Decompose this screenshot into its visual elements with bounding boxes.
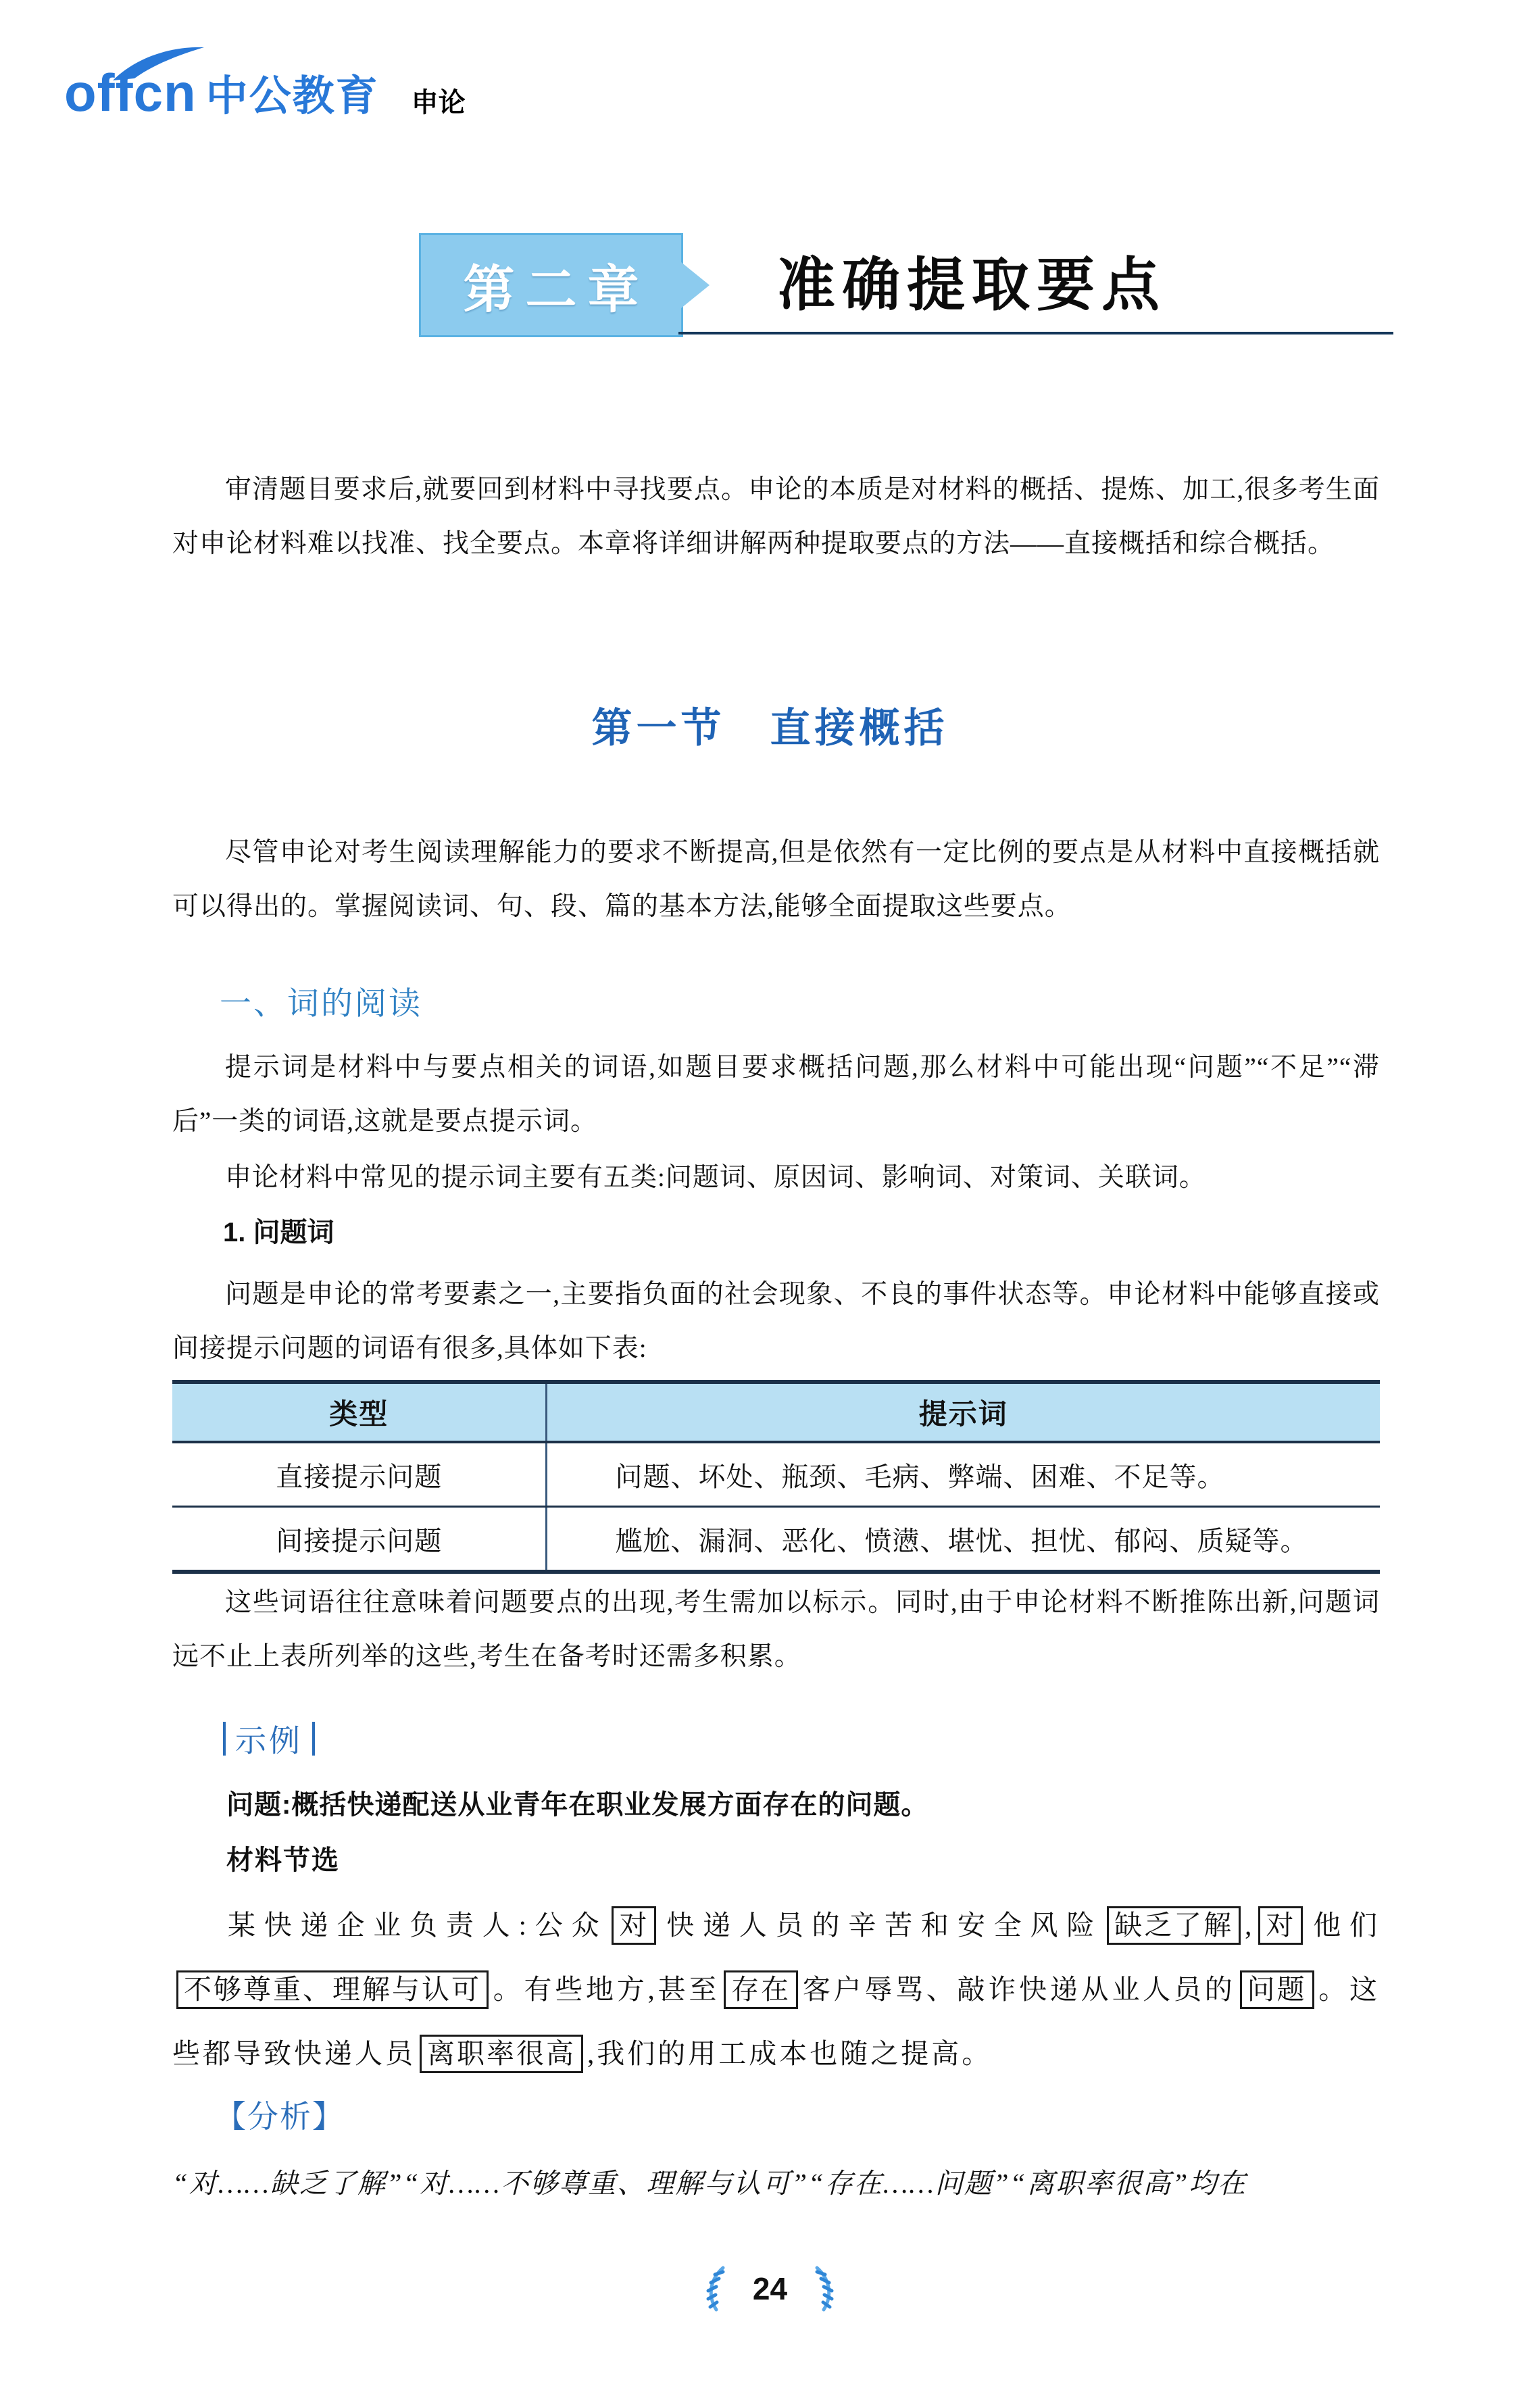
section-lead-paragraph: 尽管申论对考生阅读理解能力的要求不断提高,但是依然有一定比例的要点是从材料中直接… <box>172 826 1380 934</box>
example-label: 示例 <box>223 1716 315 1761</box>
table-row-direct: 直接提示问题 问题、坏处、瓶颈、毛病、弊端、困难、不足等。 <box>172 1442 1380 1507</box>
table-header-hints: 提示词 <box>547 1382 1380 1442</box>
analysis-paragraph: “对……缺乏了解”“对……不够尊重、理解与认可”“存在……问题”“离职率很高”均… <box>172 2153 1389 2214</box>
brand-header: offcn 中公教育 申论 <box>64 66 466 119</box>
after-table-paragraph: 这些词语往往意味着问题要点的出现,考生需加以标示。同时,由于申论材料不断推陈出新… <box>172 1576 1380 1684</box>
page-number: 24 <box>753 2270 787 2307</box>
boxed-hint-word: 对 <box>1258 1906 1303 1945</box>
item-title-problem-words: 1. 问题词 <box>223 1211 334 1249</box>
table-row-indirect: 间接提示问题 尴尬、漏洞、恶化、愤懑、堪忧、担忧、郁闷、质疑等。 <box>172 1507 1380 1572</box>
material-text-run: 某快递企业负责人:公众 <box>228 1910 607 1941</box>
table-cell-hints-indirect: 尴尬、漏洞、恶化、愤懑、堪忧、担忧、郁闷、质疑等。 <box>547 1507 1380 1572</box>
subject-label: 申论 <box>412 86 466 119</box>
example-question: 问题:概括快递配送从业青年在职业发展方面存在的问题。 <box>172 1785 1380 1824</box>
table-header-type: 类型 <box>172 1382 547 1442</box>
hint-words-table: 类型 提示词 直接提示问题 问题、坏处、瓶颈、毛病、弊端、困难、不足等。 间接提… <box>172 1380 1380 1574</box>
table-cell-type-indirect: 间接提示问题 <box>172 1507 547 1572</box>
boxed-hint-word: 存在 <box>724 1970 798 2009</box>
example-bar-right <box>312 1722 315 1756</box>
problem-word-paragraph: 问题是申论的常考要素之一,主要指负面的社会现象、不良的事件状态等。申论材料中能够… <box>172 1268 1380 1376</box>
chapter-badge: 第二章 <box>419 233 683 337</box>
laurel-right-icon <box>810 2265 841 2312</box>
material-text-run: 他们 <box>1307 1910 1380 1941</box>
laurel-left-icon <box>699 2265 730 2312</box>
book-page: offcn 中公教育 申论 第二章 准确提取要点 审清题目要求后,就要回到材料中… <box>0 0 1540 2384</box>
section-title: 第一节 直接概括 <box>0 696 1540 754</box>
table-cell-type-direct: 直接提示问题 <box>172 1442 547 1507</box>
boxed-hint-word: 不够尊重、理解与认可 <box>176 1970 489 2009</box>
boxed-hint-word: 离职率很高 <box>420 2035 583 2073</box>
boxed-hint-word: 缺乏了解 <box>1107 1906 1241 1945</box>
chapter-rule <box>678 332 1393 334</box>
table-cell-hints-direct: 问题、坏处、瓶颈、毛病、弊端、困难、不足等。 <box>547 1442 1380 1507</box>
logo-swoosh-icon <box>107 43 209 84</box>
material-excerpt-label: 材料节选 <box>172 1841 1380 1880</box>
material-text-run: 快递人员的辛苦和安全风险 <box>660 1910 1103 1941</box>
table-header-row: 类型 提示词 <box>172 1382 1380 1442</box>
subsection-title: 一、词的阅读 <box>220 978 422 1024</box>
material-text-run: , <box>1245 1910 1254 1941</box>
boxed-hint-word: 对 <box>612 1906 656 1945</box>
page-footer: 24 <box>0 2265 1540 2312</box>
offcn-logo: offcn <box>64 66 197 119</box>
hint-words-table-wrap: 类型 提示词 直接提示问题 问题、坏处、瓶颈、毛病、弊端、困难、不足等。 间接提… <box>172 1380 1380 1574</box>
example-bar-left <box>223 1722 226 1756</box>
material-text-run: 客户辱骂、敲诈快递从业人员的 <box>802 1974 1235 2005</box>
intro-paragraph: 审清题目要求后,就要回到材料中寻找要点。申论的本质是对材料的概括、提炼、加工,很… <box>172 463 1380 571</box>
brand-name: 中公教育 <box>206 74 379 119</box>
material-text-run: 。有些地方,甚至 <box>493 1974 720 2005</box>
chapter-title: 准确提取要点 <box>777 238 1166 332</box>
boxed-hint-word: 问题 <box>1240 1970 1314 2009</box>
example-label-text: 示例 <box>235 1716 303 1761</box>
hint-word-paragraph: 提示词是材料中与要点相关的词语,如题目要求概括问题,那么材料中可能出现“问题”“… <box>172 1041 1380 1149</box>
material-text-run: ,我们的用工成本也随之提高。 <box>587 2038 992 2069</box>
five-types-paragraph: 申论材料中常见的提示词主要有五类:问题词、原因词、影响词、对策词、关联词。 <box>172 1151 1380 1205</box>
chapter-number: 第二章 <box>453 249 650 322</box>
material-paragraph: 某快递企业负责人:公众对快递人员的辛苦和安全风险缺乏了解,对他们不够尊重、理解与… <box>172 1893 1380 2086</box>
analysis-label: 【分析】 <box>215 2092 345 2137</box>
